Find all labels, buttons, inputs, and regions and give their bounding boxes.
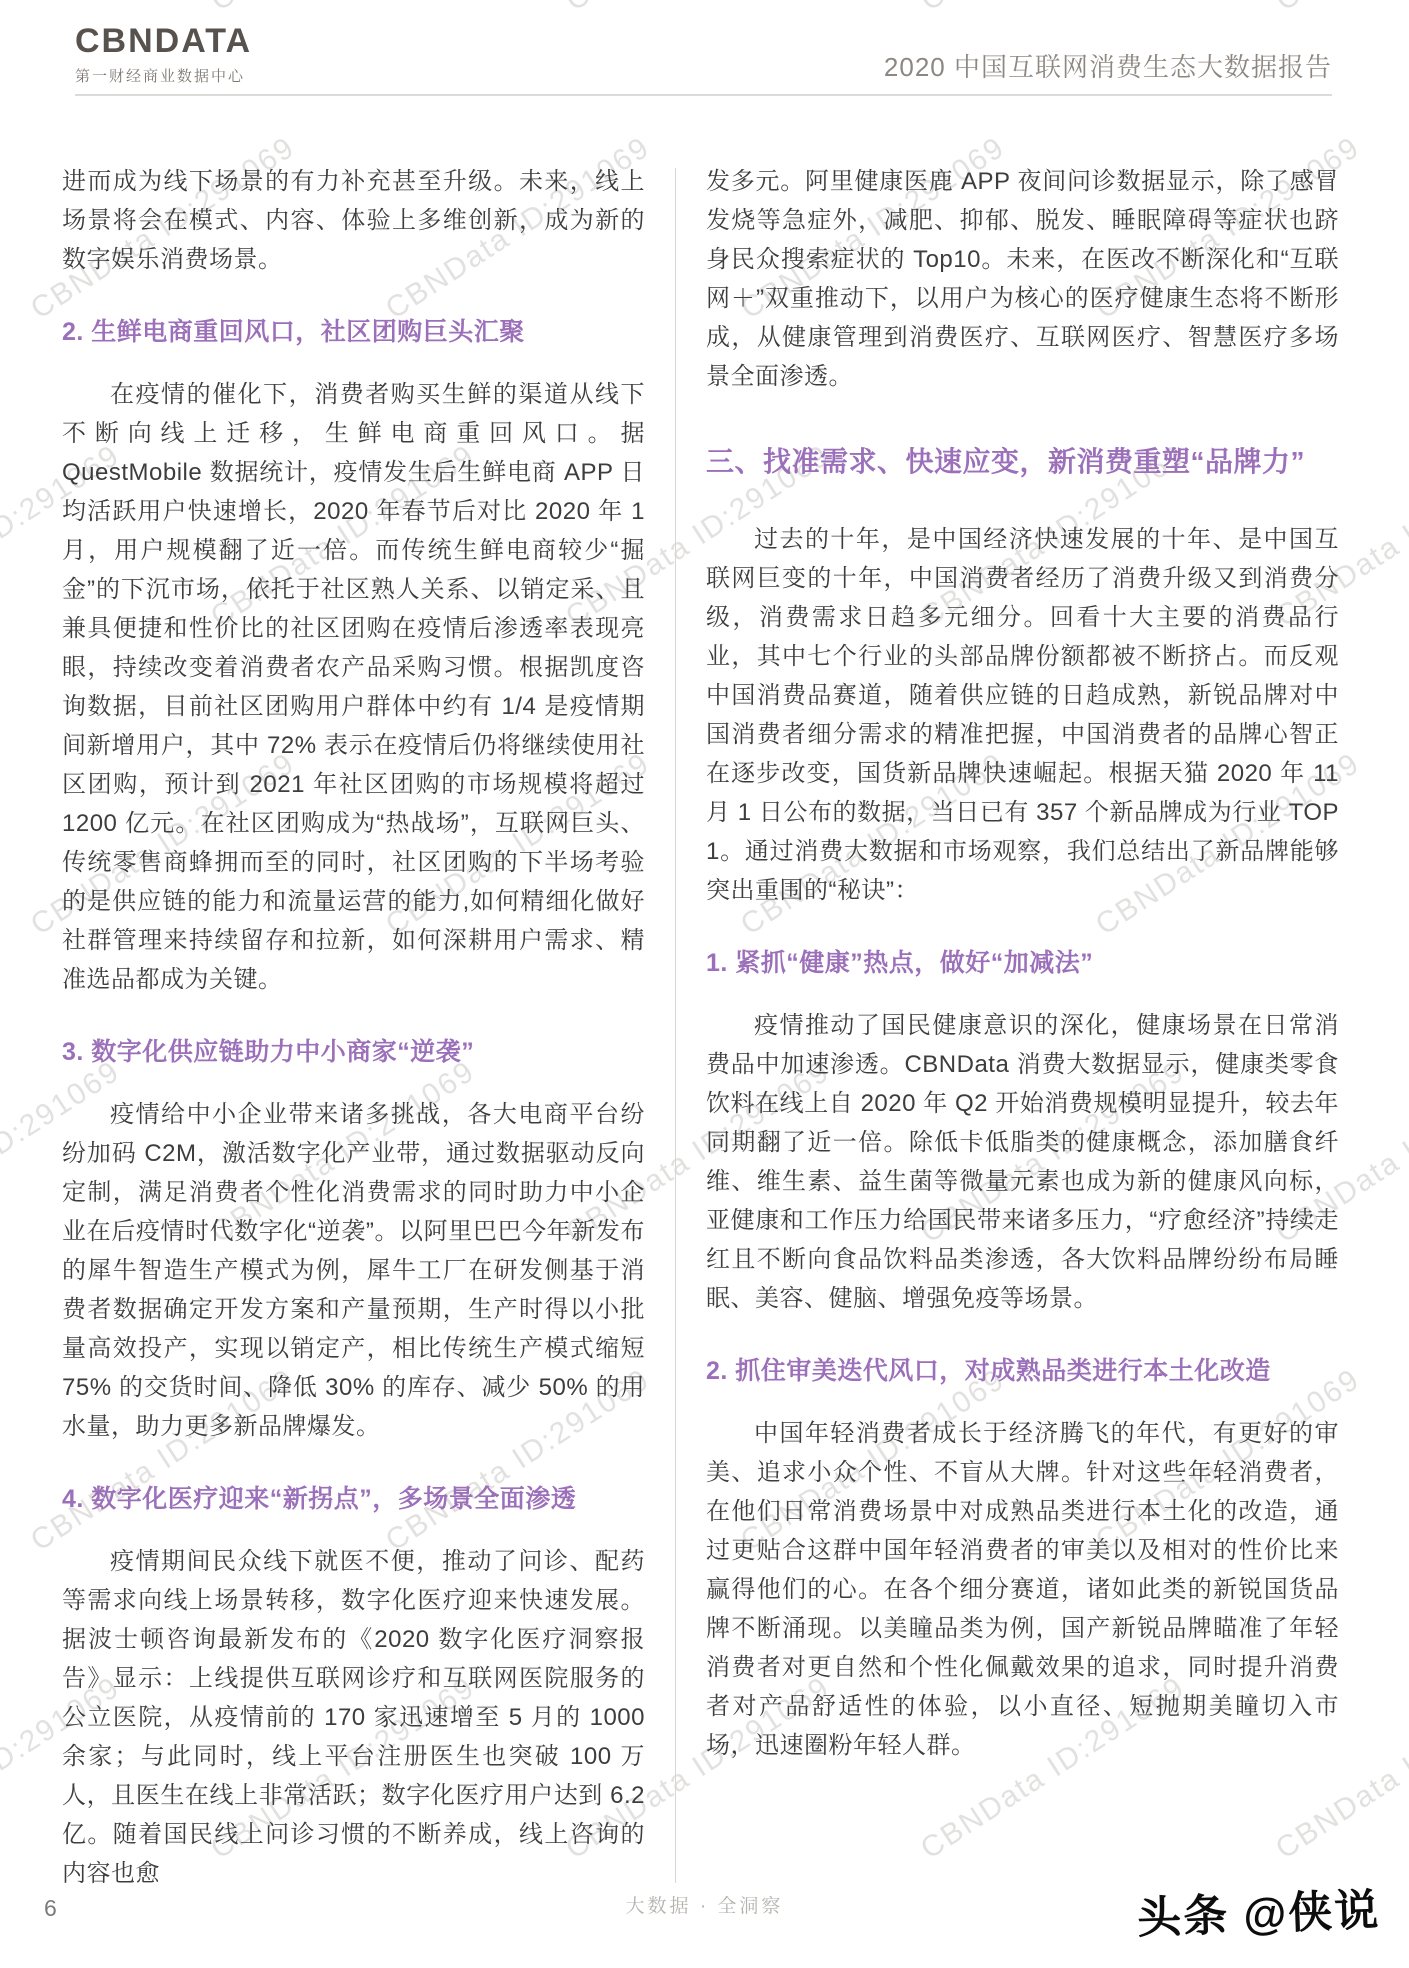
page-header: CBNDATA 第一财经商业数据中心 2020 中国互联网消费生态大数据报告 <box>75 0 1332 96</box>
paragraph: 过去的十年，是中国经济快速发展的十年、是中国互联网巨变的十年，中国消费者经历了消… <box>706 520 1339 910</box>
logo-subtitle: 第一财经商业数据中心 <box>75 65 252 86</box>
paragraph: 疫情期间民众线下就医不便，推动了问诊、配药等需求向线上场景转移，数字化医疗迎来快… <box>62 1542 645 1893</box>
left-column: 进而成为线下场景的有力补充甚至升级。未来，线上场景将会在模式、内容、体验上多维创… <box>62 162 645 1893</box>
report-page: CBNData ID:291069CBNData ID:291069CBNDat… <box>0 0 1409 1968</box>
section-heading-2: 2. 抓住审美迭代风口，对成熟品类进行本土化改造 <box>706 1354 1339 1388</box>
right-column: 发多元。阿里健康医鹿 APP 夜间问诊数据显示，除了感冒发烧等急症外，减肥、抑郁… <box>706 162 1339 1893</box>
column-divider <box>675 168 676 1883</box>
paragraph-continued: 发多元。阿里健康医鹿 APP 夜间问诊数据显示，除了感冒发烧等急症外，减肥、抑郁… <box>706 162 1339 396</box>
report-title: 2020 中国互联网消费生态大数据报告 <box>884 47 1332 94</box>
cbndata-logo: CBNDATA 第一财经商业数据中心 <box>75 24 252 94</box>
toutiao-watermark: 头条 @侠说 <box>1136 1874 1381 1946</box>
chapter-heading: 三、找准需求、快速应变，新消费重塑“品牌力” <box>706 442 1339 482</box>
paragraph: 疫情给中小企业带来诸多挑战，各大电商平台纷纷加码 C2M，激活数字化产业带，通过… <box>62 1095 645 1446</box>
section-heading-2: 2. 生鲜电商重回风口，社区团购巨头汇聚 <box>62 315 645 349</box>
section-heading-4: 4. 数字化医疗迎来“新拐点”，多场景全面渗透 <box>62 1482 645 1516</box>
logo-wordmark: CBNDATA <box>75 24 252 58</box>
paragraph-continued: 进而成为线下场景的有力补充甚至升级。未来，线上场景将会在模式、内容、体验上多维创… <box>62 162 645 279</box>
paragraph: 疫情推动了国民健康意识的深化，健康场景在日常消费品中加速渗透。CBNData 消… <box>706 1006 1339 1318</box>
section-heading-3: 3. 数字化供应链助力中小商家“逆袭” <box>62 1035 645 1069</box>
page-body: 进而成为线下场景的有力补充甚至升级。未来，线上场景将会在模式、内容、体验上多维创… <box>62 94 1339 1893</box>
paragraph: 中国年轻消费者成长于经济腾飞的年代，有更好的审美、追求小众个性、不盲从大牌。针对… <box>706 1414 1339 1765</box>
paragraph: 在疫情的催化下，消费者购买生鲜的渠道从线下不断向线上迁移，生鲜电商重回风口。据 … <box>62 375 645 999</box>
section-heading-1: 1. 紧抓“健康”热点，做好“加减法” <box>706 946 1339 980</box>
